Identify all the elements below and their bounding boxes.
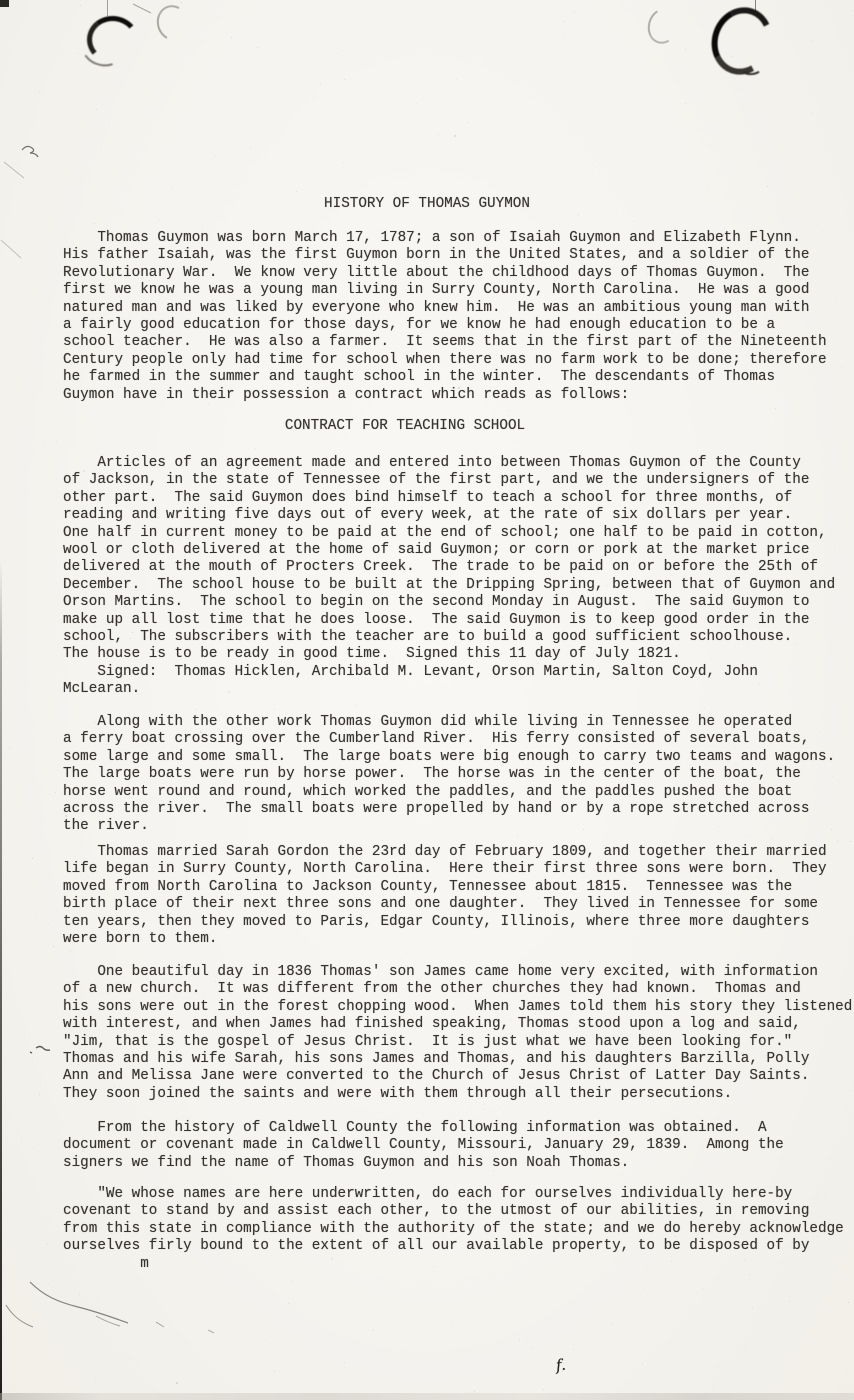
document-page: HISTORY OF THOMAS GUYMON Thomas Guymon w… [0,0,854,1400]
page-edge-shadow-bottom [0,1393,854,1400]
scanned-page-background: { "page": { "paper_color": "#f6f4f0", "i… [0,0,854,1400]
binder-string-right [755,0,756,11]
contract-heading: CONTRACT FOR TEACHING SCHOOL [0,418,832,435]
punch-hole-right [703,0,781,83]
binder-string-left [107,0,108,16]
paragraph-intro: Thomas Guymon was born March 17, 1787; a… [63,230,854,404]
paragraph-caldwell: From the history of Caldwell County the … [63,1120,854,1172]
stray-ink-mark: f. [555,1356,567,1375]
punch-hole-ghost-left [152,1,194,45]
paragraph-marriage: Thomas married Sarah Gordon the 23rd day… [63,844,854,948]
paragraph-ferry: Along with the other work Thomas Guymon … [63,714,854,836]
paragraph-covenant: "We whose names are here underwritten, d… [63,1186,854,1273]
paragraph-contract: Articles of an agreement made and entere… [63,455,854,699]
punch-hole-left [85,13,142,66]
scan-corner-mark [0,0,9,7]
page-edge-shadow-left [0,560,2,1400]
punch-hole-ghost-right [644,5,683,48]
paragraph-conversion: One beautiful day in 1836 Thomas' son Ja… [63,964,854,1103]
document-title: HISTORY OF THOMAS GUYMON [0,196,854,213]
